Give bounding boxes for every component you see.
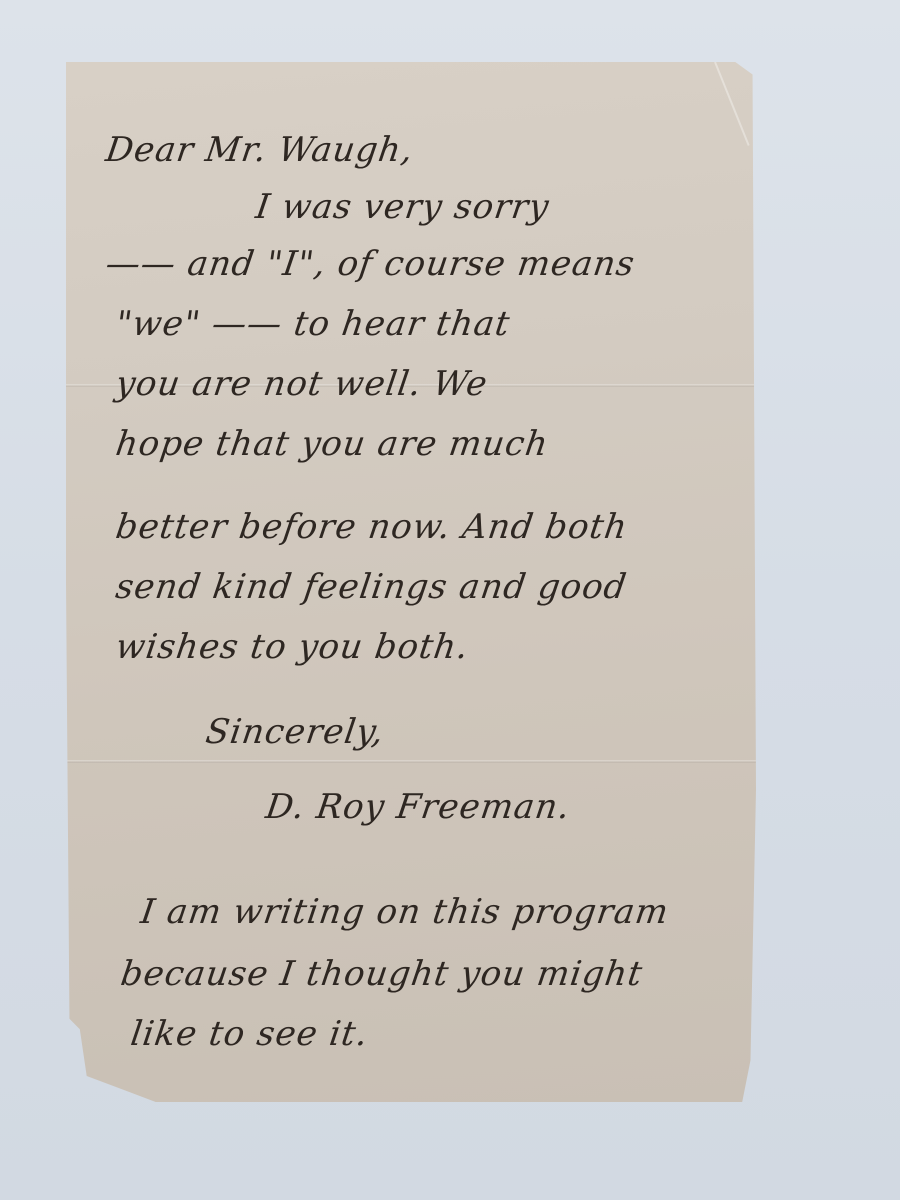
postscript-line: because I thought you might — [118, 954, 645, 994]
body-line: wishes to you both. — [113, 627, 471, 667]
body-line: you are not well. We — [113, 364, 490, 404]
body-line: I was very sorry — [253, 187, 552, 227]
closing: Sincerely, — [203, 712, 387, 752]
body-line: better before now. And both — [113, 507, 630, 547]
body-line: send kind feelings and good — [113, 567, 629, 607]
body-line: —— and "I", of course means — [103, 244, 637, 284]
letter-paper: Dear Mr. Waugh, I was very sorry —— and … — [66, 62, 756, 1102]
body-line: "we" —— to hear that — [113, 304, 513, 344]
postscript-line: I am writing on this program — [138, 892, 671, 932]
paper-crease — [714, 62, 750, 146]
body-line: hope that you are much — [113, 424, 551, 464]
postscript-line: like to see it. — [128, 1014, 371, 1054]
signature: D. Roy Freeman. — [263, 787, 573, 827]
salutation: Dear Mr. Waugh, — [103, 130, 416, 170]
